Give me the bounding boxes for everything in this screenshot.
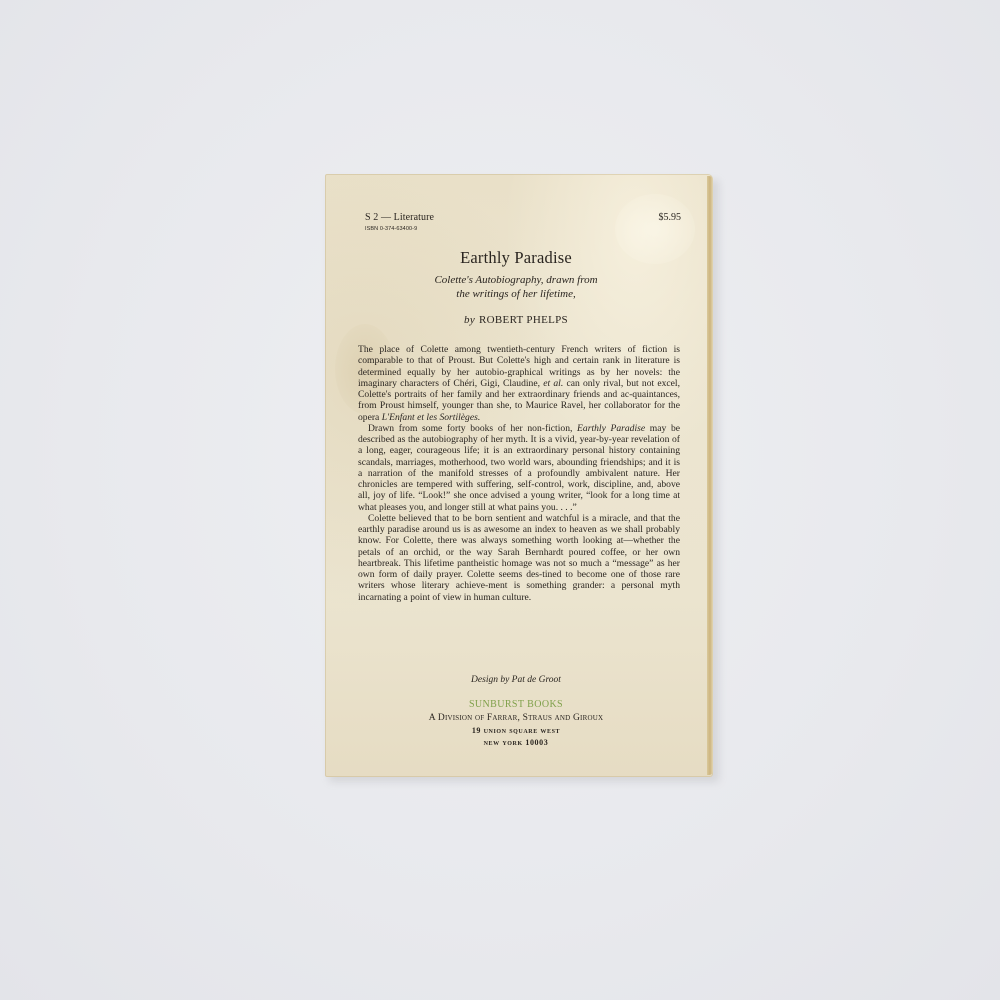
body-text: may be described as the autobiography of… — [358, 423, 680, 513]
by-word: by — [464, 314, 475, 326]
design-credit: Design by Pat de Groot — [325, 675, 707, 685]
blurb-paragraph: Drawn from some forty books of her non-f… — [358, 423, 680, 513]
cover-text: S 2 — Literature ISBN 0-374-63400-9 $5.9… — [325, 174, 707, 777]
italic-text: et al. — [543, 378, 563, 389]
blurb-paragraph: The place of Colette among twentieth-cen… — [358, 344, 680, 423]
body-text: Colette believed that to be born sentien… — [358, 513, 680, 603]
isbn: ISBN 0-374-63400-9 — [365, 226, 417, 232]
blurb-paragraph: Colette believed that to be born sentien… — [358, 513, 680, 603]
publisher-name: SUNBURST BOOKS — [325, 699, 707, 710]
book-spine-edge — [707, 176, 713, 775]
blurb-text: The place of Colette among twentieth-cen… — [358, 344, 680, 603]
book-back-cover: S 2 — Literature ISBN 0-374-63400-9 $5.9… — [325, 174, 713, 777]
photo-backdrop: S 2 — Literature ISBN 0-374-63400-9 $5.9… — [0, 0, 1000, 1000]
publisher-division: A Division of Farrar, Straus and Giroux — [325, 713, 707, 723]
body-text: Drawn from some forty books of her non-f… — [368, 423, 577, 434]
book-title: Earthly Paradise — [325, 248, 707, 268]
series-label: S 2 — Literature — [365, 212, 434, 223]
subtitle-line: the writings of her lifetime, — [325, 287, 707, 301]
byline: byROBERT PHELPS — [325, 314, 707, 326]
author-name: ROBERT PHELPS — [479, 314, 568, 326]
book-subtitle: Colette's Autobiography, drawn from the … — [325, 273, 707, 301]
publisher-address-street: 19 UNION SQUARE WEST — [325, 726, 707, 735]
italic-text: L'Enfant et les Sortilèges. — [382, 412, 481, 423]
publisher-address-city: NEW YORK 10003 — [325, 738, 707, 747]
subtitle-line: Colette's Autobiography, drawn from — [325, 273, 707, 287]
italic-text: Earthly Paradise — [577, 423, 645, 434]
price: $5.95 — [659, 212, 682, 223]
